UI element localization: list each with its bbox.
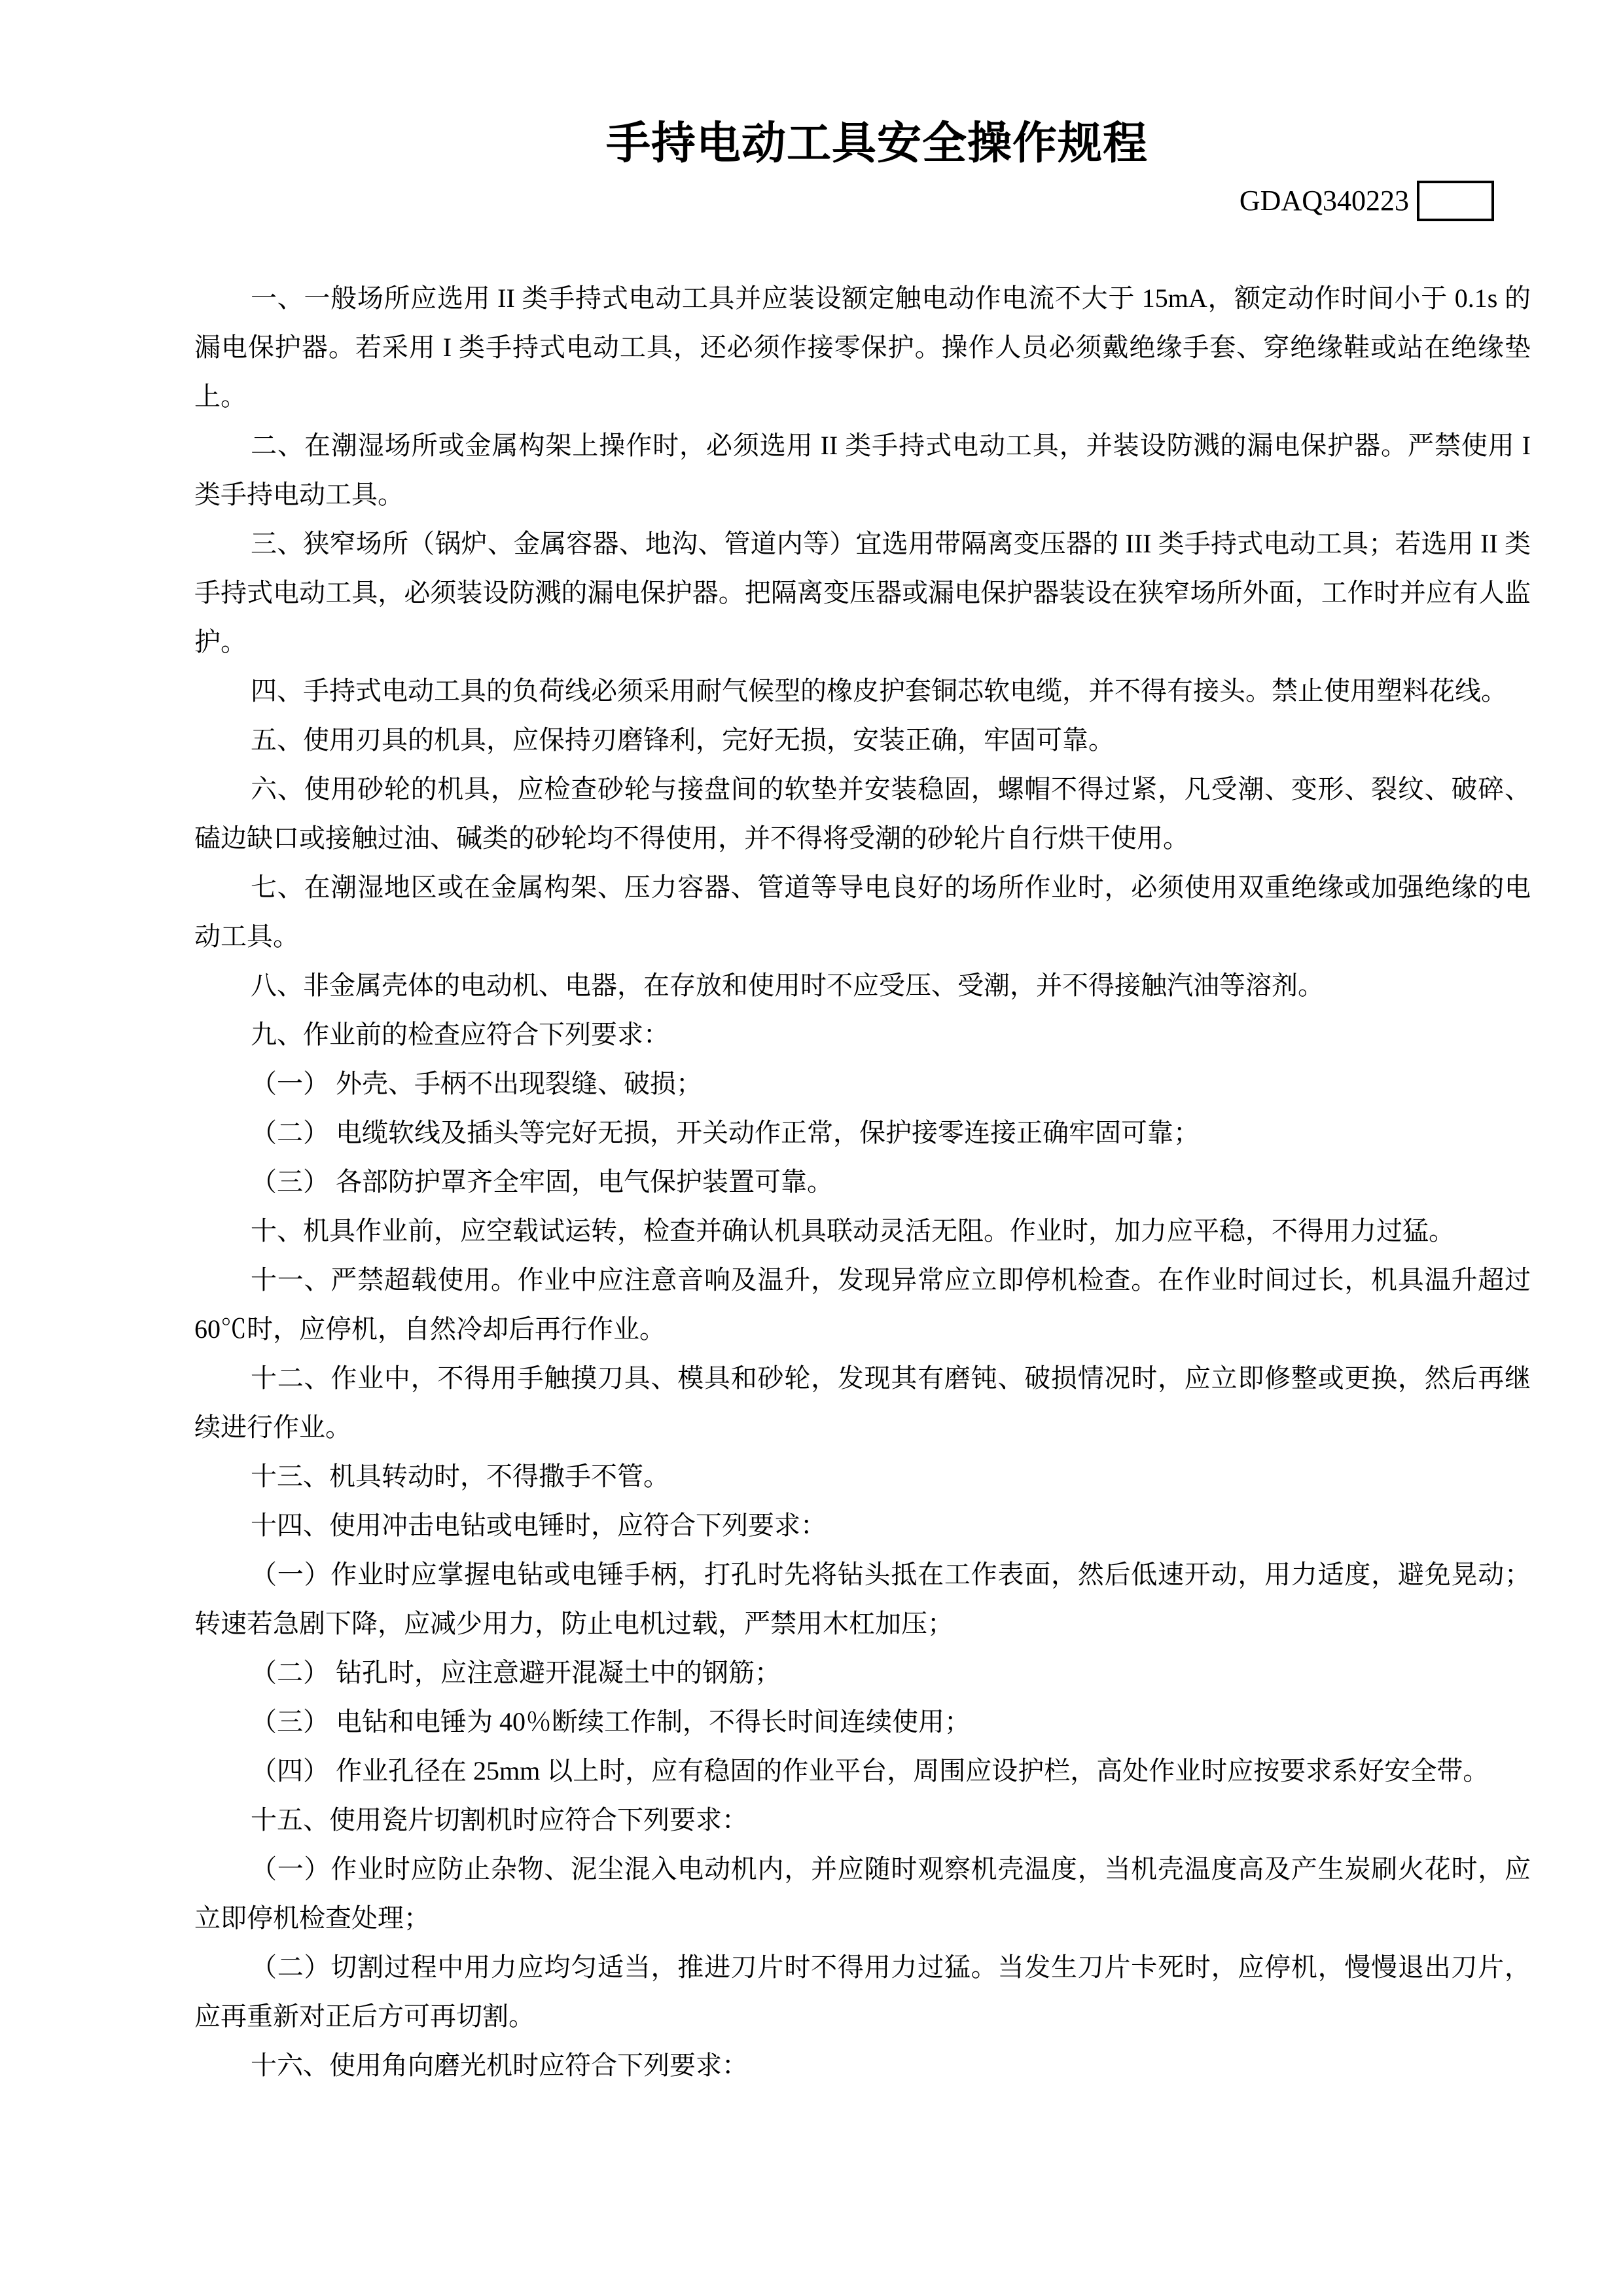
paragraph: 十三、机具转动时，不得撒手不管。 xyxy=(194,1452,1531,1501)
doc-code: GDAQ340223 xyxy=(1240,181,1409,221)
paragraph: 八、非金属壳体的电动机、电器，在存放和使用时不应受压、受潮，并不得接触汽油等溶剂… xyxy=(194,961,1531,1010)
paragraph: 七、在潮湿地区或在金属构架、压力容器、管道等导电良好的场所作业时，必须使用双重绝… xyxy=(194,863,1531,961)
paragraph: 二、在潮湿场所或金属构架上操作时，必须选用 II 类手持式电动工具，并装设防溅的… xyxy=(194,421,1531,519)
document-title: 手持电动工具安全操作规程 xyxy=(606,118,1148,169)
paragraph: 四、手持式电动工具的负荷线必须采用耐气候型的橡皮护套铜芯软电缆，并不得有接头。禁… xyxy=(194,666,1531,715)
paragraph: 十四、使用冲击电钻或电锤时，应符合下列要求： xyxy=(194,1501,1531,1550)
paragraph: 六、使用砂轮的机具，应检查砂轮与接盘间的软垫并安装稳固，螺帽不得过紧，凡受潮、变… xyxy=(194,764,1531,863)
paragraph: 十六、使用角向磨光机时应符合下列要求： xyxy=(194,2041,1531,2090)
paragraph: 十五、使用瓷片切割机时应符合下列要求： xyxy=(194,1795,1531,1844)
paragraph: 十、机具作业前，应空载试运转，检查并确认机具联动灵活无阻。作业时，加力应平稳，不… xyxy=(194,1206,1531,1255)
paragraph: 三、狭窄场所（锅炉、金属容器、地沟、管道内等）宜选用带隔离变压器的 III 类手… xyxy=(194,519,1531,666)
paragraph: 十二、作业中，不得用手触摸刀具、模具和砂轮，发现其有磨钝、破损情况时，应立即修整… xyxy=(194,1354,1531,1452)
paragraph: 一、一般场所应选用 II 类手持式电动工具并应装设额定触电动作电流不大于 15m… xyxy=(194,274,1531,421)
document-body: 一、一般场所应选用 II 类手持式电动工具并应装设额定触电动作电流不大于 15m… xyxy=(194,274,1531,2090)
paragraph: （一） 外壳、手柄不出现裂缝、破损； xyxy=(194,1059,1531,1108)
doc-code-row: GDAQ340223 xyxy=(1240,181,1494,221)
paragraph: （三） 各部防护罩齐全牢固，电气保护装置可靠。 xyxy=(194,1157,1531,1206)
paragraph: （二）切割过程中用力应均匀适当，推进刀片时不得用力过猛。当发生刀片卡死时，应停机… xyxy=(194,1943,1531,2041)
paragraph: 十一、严禁超载使用。作业中应注意音响及温升，发现异常应立即停机检查。在作业时间过… xyxy=(194,1255,1531,1354)
paragraph: 五、使用刃具的机具，应保持刃磨锋利，完好无损，安装正确，牢固可靠。 xyxy=(194,715,1531,764)
paragraph: 九、作业前的检查应符合下列要求： xyxy=(194,1010,1531,1059)
paragraph: （二） 电缆软线及插头等完好无损，开关动作正常，保护接零连接正确牢固可靠； xyxy=(194,1108,1531,1157)
paragraph: （二） 钻孔时，应注意避开混凝土中的钢筋； xyxy=(194,1648,1531,1697)
paragraph: （四） 作业孔径在 25mm 以上时，应有稳固的作业平台，周围应设护栏，高处作业… xyxy=(194,1746,1531,1795)
document-page: 手持电动工具安全操作规程 GDAQ340223 一、一般场所应选用 II 类手持… xyxy=(0,0,1623,2296)
paragraph: （一）作业时应掌握电钻或电锤手柄，打孔时先将钻头抵在工作表面，然后低速开动，用力… xyxy=(194,1550,1531,1648)
doc-code-box xyxy=(1417,181,1494,221)
paragraph: （一）作业时应防止杂物、泥尘混入电动机内，并应随时观察机壳温度，当机壳温度高及产… xyxy=(194,1844,1531,1943)
paragraph: （三） 电钻和电锤为 40％断续工作制，不得长时间连续使用； xyxy=(194,1697,1531,1746)
